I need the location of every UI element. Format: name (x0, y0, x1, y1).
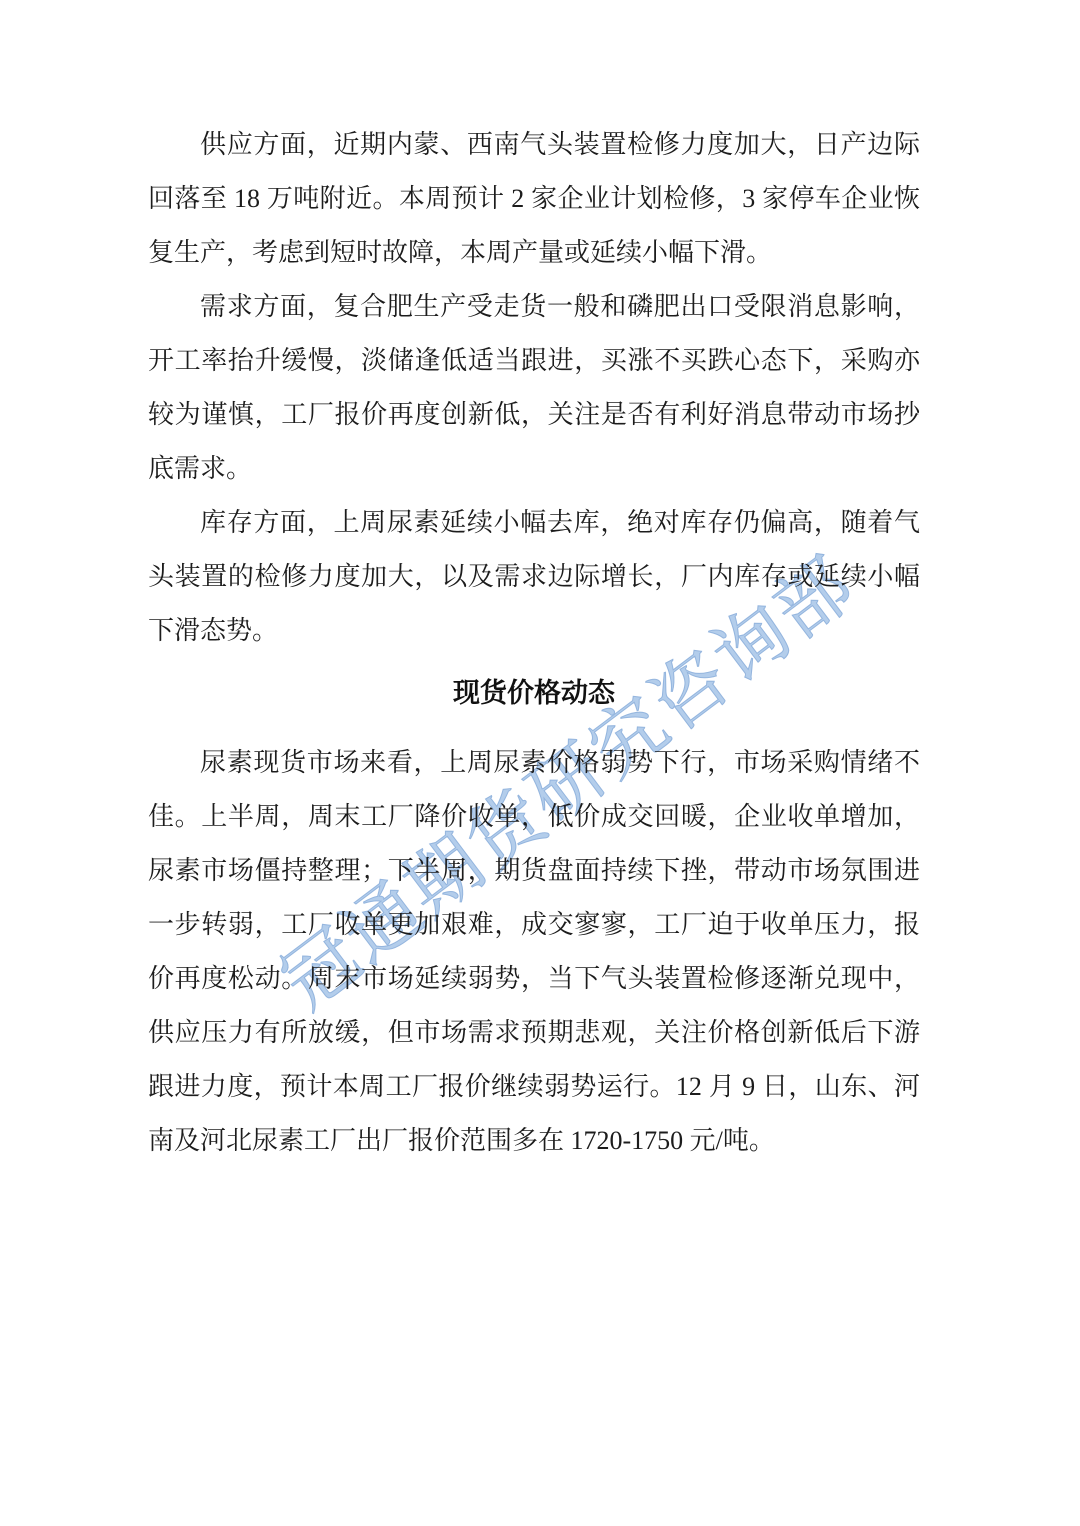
paragraph-demand: 需求方面，复合肥生产受走货一般和磷肥出口受限消息影响，开工率抬升缓慢，淡储逢低适… (148, 280, 920, 496)
document-page: 冠通期货研究咨询部 供应方面，近期内蒙、西南气头装置检修力度加大，日产边际回落至… (0, 0, 1080, 1526)
paragraph-supply: 供应方面，近期内蒙、西南气头装置检修力度加大，日产边际回落至 18 万吨附近。本… (148, 118, 920, 280)
section-heading-spot-price: 现货价格动态 (148, 666, 920, 720)
paragraph-inventory: 库存方面，上周尿素延续小幅去库，绝对库存仍偏高，随着气头装置的检修力度加大，以及… (148, 496, 920, 658)
paragraph-spot-market: 尿素现货市场来看，上周尿素价格弱势下行，市场采购情绪不佳。上半周，周末工厂降价收… (148, 736, 920, 1168)
report-body: 供应方面，近期内蒙、西南气头装置检修力度加大，日产边际回落至 18 万吨附近。本… (148, 118, 920, 1168)
